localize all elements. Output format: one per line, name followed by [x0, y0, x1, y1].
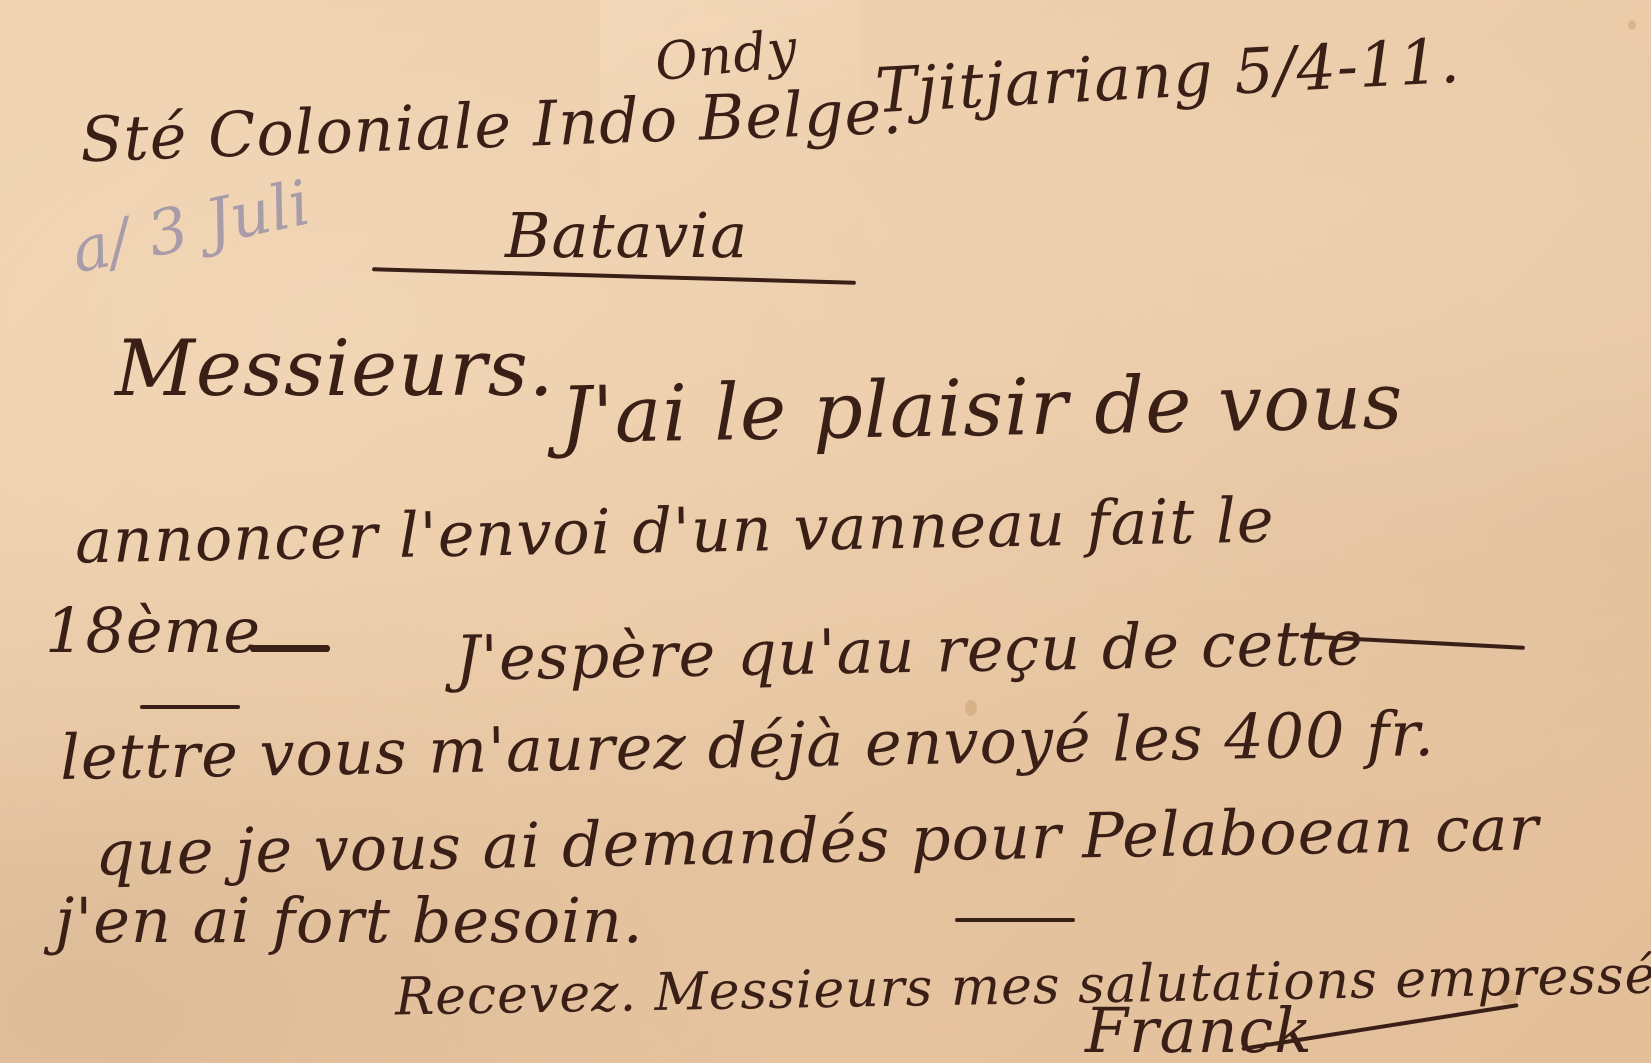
postcard: Ondy Tjitjariang 5/4-11. Sté Coloniale I…: [0, 0, 1651, 1063]
body-line-3-date: 18ème: [45, 600, 261, 662]
body-line-4: J'espère qu'au reçu de cette: [455, 612, 1365, 690]
signature: Franck: [1085, 1000, 1313, 1062]
addressee-prefix: Sté: [79, 100, 189, 177]
addressee-company: Coloniale Indo Belge.: [207, 75, 904, 172]
body-line-1: J'ai le plaisir de vous: [559, 363, 1404, 456]
body-line-5: lettre vous m'aurez déjà envoyé les 400 …: [60, 703, 1436, 789]
addressee-line-1: Sté Coloniale Indo Belge.: [79, 81, 904, 172]
date-reference: 18ème: [45, 594, 261, 667]
body-line-7: j'en ai fort besoin.: [55, 890, 644, 952]
pencil-annotation: a/ 3 Juli: [65, 166, 316, 288]
addressee-city: Batavia: [505, 205, 748, 267]
strikethrough-lettre: [140, 705, 240, 709]
body-line-2: annoncer l'envoi d'un vanneau fait le: [75, 490, 1275, 573]
salutation: Messieurs.: [115, 330, 555, 408]
dash-separator: [250, 645, 330, 652]
paper-stain: [1628, 20, 1636, 30]
place-and-date: Tjitjariang 5/4-11.: [874, 30, 1462, 123]
closing-dash: [955, 918, 1075, 922]
body-line-6: que je vous ai demandés pour Pelaboean c…: [95, 797, 1540, 884]
